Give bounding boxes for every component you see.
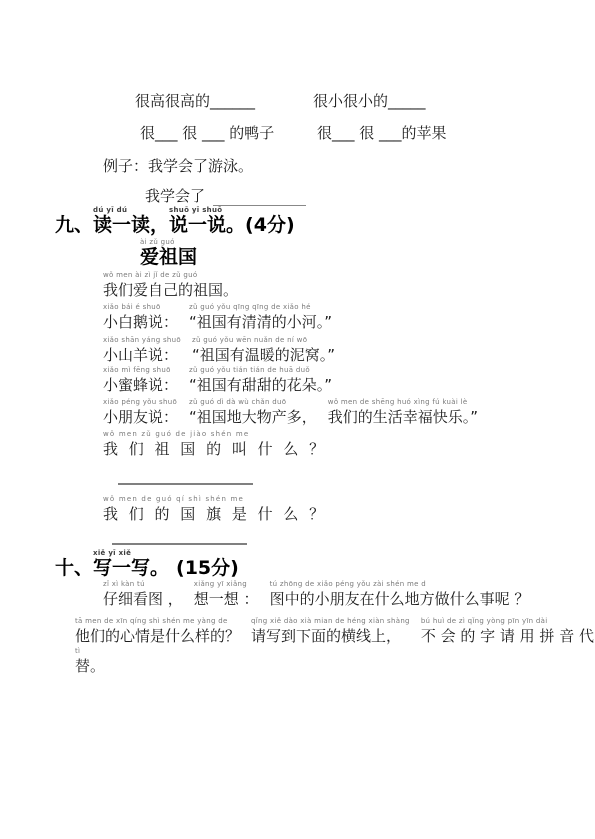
instruction-line-2: tā men de xīn qíng shì shén me yàng de他们…: [75, 617, 594, 646]
heading-read: dú yī dú读一读，: [93, 206, 169, 235]
speaker-label: xiǎo shān yáng shuō小山羊说：: [103, 336, 181, 365]
fill-blank-small-text: 很小很小的_____: [313, 92, 426, 111]
pinyin-annotation: xiǎo bái é shuō: [103, 303, 178, 313]
chinese-text: 我学会了: [145, 187, 205, 206]
section-9-heading: 九、 dú yī dú读一读， shuō yī shuō说一说。 (4分): [55, 206, 295, 235]
pinyin-annotation: tì: [75, 647, 105, 657]
passage-title-text: ài zǔ guó爱祖国: [140, 238, 197, 267]
chinese-text: “祖国有甜甜的花朵。”: [189, 376, 332, 395]
chinese-text: 说一说。: [169, 216, 245, 235]
chinese-text: 图中的小朋友在什么地方做什么事呢 ？: [270, 590, 530, 609]
example-text: 例子：我学会了游泳。: [103, 157, 253, 176]
quoted-speech: zǔ guó yǒu wēn nuǎn de ní wō“祖国有温暖的泥窝。”: [192, 336, 335, 365]
section-number: 九、: [55, 216, 93, 235]
heading-write: xiě yī xiě写一写。: [93, 549, 169, 578]
chinese-text: 很___ 很 ___的苹果: [317, 124, 447, 143]
learned-sentence: 我学会了: [145, 187, 306, 206]
example-sentence: 例子：我学会了游泳。: [103, 157, 253, 176]
pinyin-annotation: wǒ men zǔ guó de jiào shén me: [103, 430, 327, 440]
pinyin-annotation: zǔ guó yǒu tián tián de huā duǒ: [189, 366, 332, 376]
chinese-text: 例子：我学会了游泳。: [103, 157, 253, 176]
learned-text: 我学会了: [145, 187, 205, 206]
passage-line-children: xiǎo péng yǒu shuō小朋友说： zǔ guó dì dà wù …: [103, 398, 478, 427]
chinese-text: 爱祖国: [140, 248, 197, 267]
pinyin-annotation: tā men de xīn qíng shì shén me yàng de: [75, 617, 240, 627]
chinese-text: 我们爱自己的祖国。: [103, 281, 238, 300]
chinese-text: “祖国有清清的小河。”: [189, 313, 332, 332]
chinese-text: 十、: [55, 559, 93, 578]
pinyin-annotation: tú zhōng de xiǎo péng yǒu zài shén me d: [270, 580, 530, 590]
chinese-text: 写一写。: [93, 559, 169, 578]
chinese-text: 读一读，: [93, 216, 169, 235]
pinyin-annotation: zǐ xì kàn tú: [103, 580, 183, 590]
instruction-think: xiǎng yī xiǎng想一想 ：: [194, 580, 259, 609]
worksheet-page: 很高很高的______ 很小很小的_____ 很___ 很 ___ 的鸭子 很_…: [0, 0, 595, 839]
question-text: wǒ men de guó qí shì shén me我 们 的 国 旗 是 …: [103, 495, 327, 524]
quoted-speech-cont: wǒ men de shēng huó xìng fú kuài lè我们的生活…: [328, 398, 478, 427]
instruction-look: zǐ xì kàn tú仔细看图 ，: [103, 580, 183, 609]
chinese-text: “祖国有温暖的泥窝。”: [192, 346, 335, 365]
heading-say: shuō yī shuō说一说。: [169, 206, 245, 235]
fill-blank-apple-text: 很___ 很 ___的苹果: [317, 124, 447, 143]
question-text: wǒ men zǔ guó de jiào shén me我 们 祖 国 的 叫…: [103, 430, 327, 459]
passage-sentence: wǒ men ài zì jǐ de zǔ guó我们爱自己的祖国。: [103, 271, 238, 300]
pinyin-annotation: wǒ men ài zì jǐ de zǔ guó: [103, 271, 238, 281]
chinese-text: 我 们 祖 国 的 叫 什 么 ？: [103, 440, 327, 459]
chinese-text: “祖国地大物产多，: [189, 408, 317, 427]
fill-blank-tall: 很高很高的______: [135, 92, 255, 111]
chinese-text: 请写到下面的横线上，: [251, 627, 410, 646]
chinese-text: 他们的心情是什么样的？: [75, 627, 240, 646]
fill-blank-tall-text: 很高很高的______: [135, 92, 255, 111]
chinese-text: 想一想 ：: [194, 590, 259, 609]
passage-line-intro: wǒ men ài zì jǐ de zǔ guó我们爱自己的祖国。: [103, 271, 238, 300]
chinese-text: 小山羊说：: [103, 346, 181, 365]
chinese-text: 不 会 的 字 请 用 拼 音 代: [421, 627, 594, 646]
speaker-label: xiǎo mì fēng shuō小蜜蜂说：: [103, 366, 178, 395]
speaker-label: xiǎo péng yǒu shuō小朋友说：: [103, 398, 178, 427]
speaker-label: xiǎo bái é shuō小白鹅说：: [103, 303, 178, 332]
chinese-text: (4分): [245, 216, 295, 235]
instruction-mood: tā men de xīn qíng shì shén me yàng de他们…: [75, 617, 240, 646]
score-label: (4分): [245, 216, 295, 235]
instruction-question: tú zhōng de xiǎo péng yǒu zài shén me d图…: [270, 580, 530, 609]
chinese-text: 小朋友说：: [103, 408, 178, 427]
passage-line-bee: xiǎo mì fēng shuō小蜜蜂说： zǔ guó yǒu tián t…: [103, 366, 332, 395]
question-flag: wǒ men de guó qí shì shén me我 们 的 国 旗 是 …: [103, 495, 327, 524]
quoted-speech: zǔ guó yǒu tián tián de huā duǒ“祖国有甜甜的花朵…: [189, 366, 332, 395]
pinyin-annotation: qǐng xiě dào xià mian de héng xiàn shàng: [251, 617, 410, 627]
chinese-text: 替。: [75, 657, 105, 676]
instruction-line-3: tì替。: [75, 647, 105, 676]
pinyin-annotation: zǔ guó yǒu qīng qīng de xiǎo hé: [189, 303, 332, 313]
answer-blank-line: [118, 483, 253, 485]
pinyin-annotation: xiǎo mì fēng shuō: [103, 366, 178, 376]
fill-blank-small: 很小很小的_____: [313, 92, 426, 111]
pinyin-annotation: xiǎo péng yǒu shuō: [103, 398, 178, 408]
pinyin-annotation: bú huì de zì qǐng yòng pīn yīn dài: [421, 617, 594, 627]
chinese-text: 小蜜蜂说：: [103, 376, 178, 395]
pinyin-annotation: zǔ guó yǒu wēn nuǎn de ní wō: [192, 336, 335, 346]
chinese-text: 很小很小的_____: [313, 92, 426, 111]
pinyin-annotation: zǔ guó dì dà wù chǎn duō: [189, 398, 317, 408]
pinyin-annotation: xiǎo shān yáng shuō: [103, 336, 181, 346]
pinyin-annotation: wǒ men de shēng huó xìng fú kuài lè: [328, 398, 478, 408]
fill-blank-apple: 很___ 很 ___的苹果: [317, 124, 447, 143]
fill-blank-duck: 很___ 很 ___ 的鸭子: [140, 124, 274, 143]
section-10-heading: 十、 xiě yī xiě写一写。 (15分): [55, 549, 239, 578]
chinese-text: 很___ 很 ___ 的鸭子: [140, 124, 274, 143]
chinese-text: 小白鹅说：: [103, 313, 178, 332]
fill-blank-duck-text: 很___ 很 ___ 的鸭子: [140, 124, 274, 143]
instruction-ti: tì替。: [75, 647, 105, 676]
pinyin-annotation: xiǎng yī xiǎng: [194, 580, 259, 590]
question-country-name: wǒ men zǔ guó de jiào shén me我 们 祖 国 的 叫…: [103, 430, 327, 459]
quoted-speech: zǔ guó dì dà wù chǎn duō“祖国地大物产多，: [189, 398, 317, 427]
instruction-use-pinyin: bú huì de zì qǐng yòng pīn yīn dài不 会 的 …: [421, 617, 594, 646]
answer-underline: [213, 190, 306, 206]
instruction-write-below: qǐng xiě dào xià mian de héng xiàn shàng…: [251, 617, 410, 646]
chinese-text: (15分): [176, 559, 239, 578]
chinese-text: 我 们 的 国 旗 是 什 么 ？: [103, 505, 327, 524]
pinyin-annotation: wǒ men de guó qí shì shén me: [103, 495, 327, 505]
passage-title: ài zǔ guó爱祖国: [140, 238, 197, 267]
instruction-line-1: zǐ xì kàn tú仔细看图 ， xiǎng yī xiǎng想一想 ： t…: [103, 580, 529, 609]
score-label: (15分): [176, 559, 239, 578]
chinese-text: 很高很高的______: [135, 92, 255, 111]
quoted-speech: zǔ guó yǒu qīng qīng de xiǎo hé“祖国有清清的小河…: [189, 303, 332, 332]
chinese-text: 仔细看图 ，: [103, 590, 183, 609]
passage-line-goose: xiǎo bái é shuō小白鹅说： zǔ guó yǒu qīng qīn…: [103, 303, 332, 332]
section-number: 十、: [55, 559, 93, 578]
passage-line-goat: xiǎo shān yáng shuō小山羊说： zǔ guó yǒu wēn …: [103, 336, 335, 365]
chinese-text: 九、: [55, 216, 93, 235]
chinese-text: 我们的生活幸福快乐。”: [328, 408, 478, 427]
answer-blank-line: [112, 543, 247, 545]
